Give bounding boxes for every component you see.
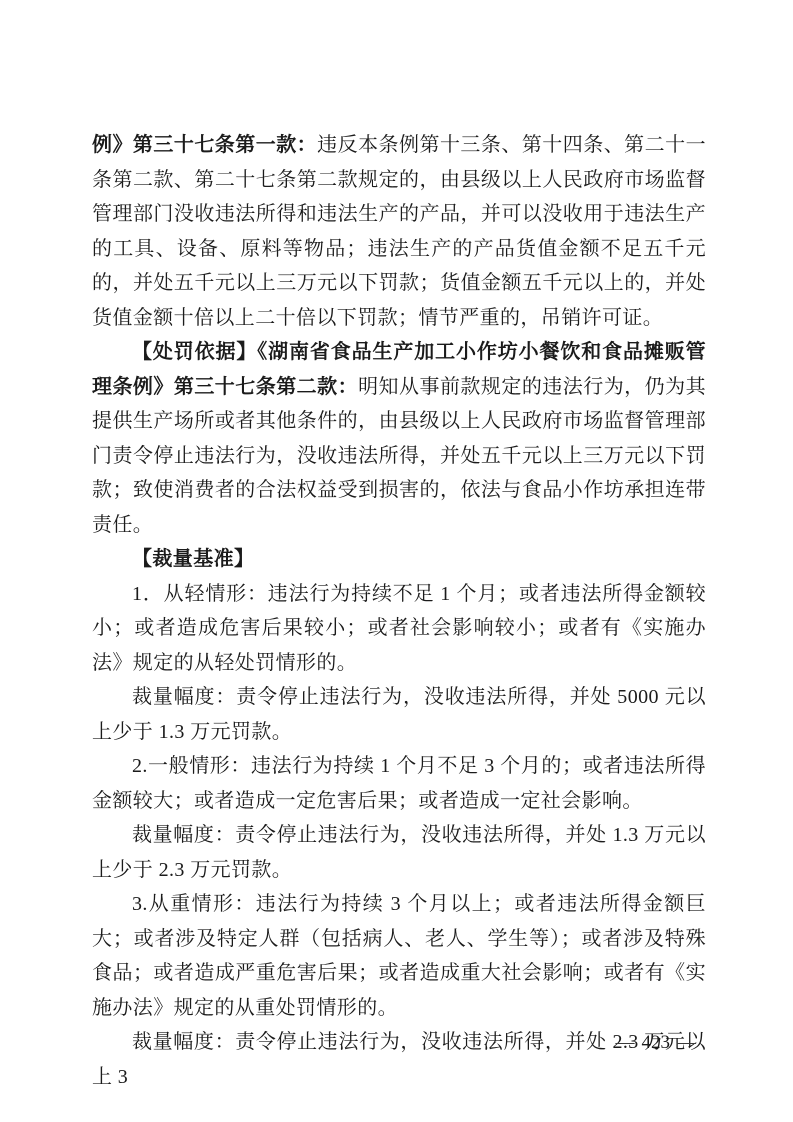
text-segment: 1．从轻情形：违法行为持续不足 1 个月；或者违法所得金额较小；或者造成危害后果… <box>92 583 706 674</box>
paragraph: 1．从轻情形：违法行为持续不足 1 个月；或者违法所得金额较小；或者造成危害后果… <box>92 577 706 681</box>
text-segment: 裁量幅度：责令停止违法行为，没收违法所得，并处 5000 元以上少于 1.3 万… <box>92 686 706 743</box>
paragraph: 【裁量基准】 <box>92 542 706 577</box>
document-page: 例》第三十七条第一款：违反本条例第十三条、第十四条、第二十一条第二款、第二十七条… <box>0 0 793 1122</box>
paragraph: 裁量幅度：责令停止违法行为，没收违法所得，并处 1.3 万元以上少于 2.3 万… <box>92 818 706 887</box>
page-number: 423 <box>642 1032 671 1053</box>
paragraph: 3.从重情形：违法行为持续 3 个月以上；或者违法所得金额巨大；或者涉及特定人群… <box>92 887 706 1025</box>
text-segment: 2.一般情形：违法行为持续 1 个月不足 3 个月的；或者违法所得金额较大；或者… <box>92 755 706 812</box>
paragraph: 【处罚依据】《湖南省食品生产加工小作坊小餐饮和食品摊贩管理条例》第三十七条第二款… <box>92 335 706 542</box>
footer-right-dash: — <box>677 1032 696 1053</box>
paragraph: 例》第三十七条第一款：违反本条例第十三条、第十四条、第二十一条第二款、第二十七条… <box>92 128 706 335</box>
text-segment: 3.从重情形：违法行为持续 3 个月以上；或者违法所得金额巨大；或者涉及特定人群… <box>92 893 706 1019</box>
bold-segment: 例》第三十七条第一款： <box>92 134 317 156</box>
paragraph: 裁量幅度：责令停止违法行为，没收违法所得，并处 5000 元以上少于 1.3 万… <box>92 680 706 749</box>
document-body: 例》第三十七条第一款：违反本条例第十三条、第十四条、第二十一条第二款、第二十七条… <box>92 128 706 1094</box>
footer-left-dash: — <box>616 1032 635 1053</box>
text-segment: 裁量幅度：责令停止违法行为，没收违法所得，并处 1.3 万元以上少于 2.3 万… <box>92 824 706 881</box>
text-segment: 违反本条例第十三条、第十四条、第二十一条第二款、第二十七条第二款规定的，由县级以… <box>92 134 706 329</box>
bold-segment: 【裁量基准】 <box>132 548 254 570</box>
paragraph: 2.一般情形：违法行为持续 1 个月不足 3 个月的；或者违法所得金额较大；或者… <box>92 749 706 818</box>
page-footer: —423— <box>609 1032 704 1054</box>
text-segment: 明知从事前款规定的违法行为，仍为其提供生产场所或者其他条件的，由县级以上人民政府… <box>92 376 706 536</box>
